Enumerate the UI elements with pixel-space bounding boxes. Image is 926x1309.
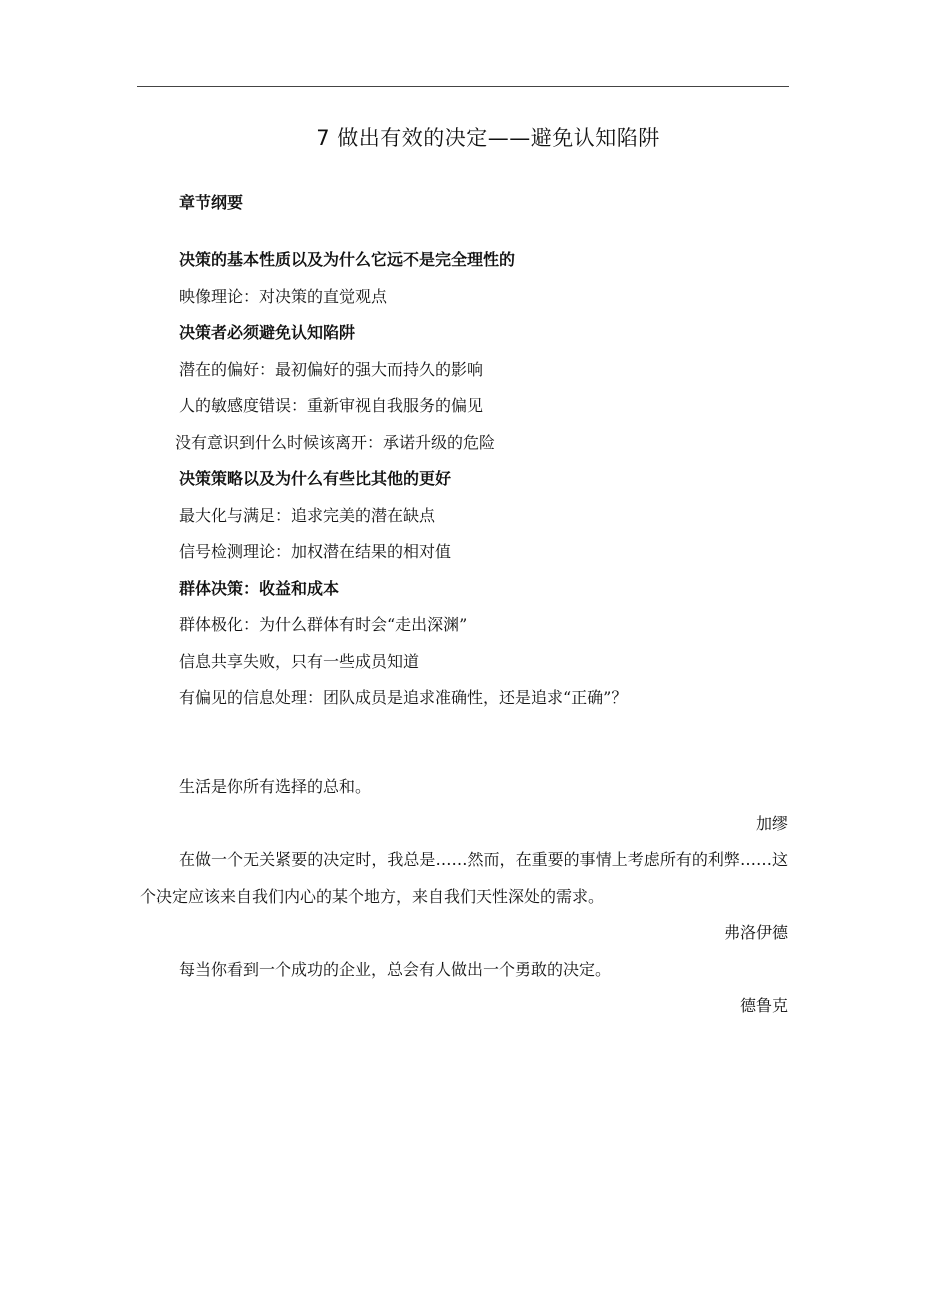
outline-item: 决策策略以及为什么有些比其他的更好 bbox=[179, 467, 627, 504]
chapter-title: 7 做出有效的决定——避免认知陷阱 bbox=[0, 122, 926, 152]
quote-author: 弗洛伊德 bbox=[140, 915, 788, 952]
outline-heading: 章节纲要 bbox=[179, 190, 243, 213]
outline-item: 潜在的偏好：最初偏好的强大而持久的影响 bbox=[179, 358, 627, 395]
outline-item: 决策者必须避免认知陷阱 bbox=[179, 321, 627, 358]
outline-item: 人的敏感度错误：重新审视自我服务的偏见 bbox=[179, 394, 627, 431]
quote-text: 在做一个无关紧要的决定时，我总是……然而，在重要的事情上考虑所有的利弊……这个决… bbox=[140, 842, 788, 915]
quote-author: 德鲁克 bbox=[140, 988, 788, 1025]
outline-item: 信息共享失败，只有一些成员知道 bbox=[179, 650, 627, 687]
quote-text: 每当你看到一个成功的企业，总会有人做出一个勇敢的决定。 bbox=[140, 952, 788, 989]
quote-author: 加缪 bbox=[140, 806, 788, 843]
outline-item: 信号检测理论：加权潜在结果的相对值 bbox=[179, 540, 627, 577]
outline-item: 有偏见的信息处理：团队成员是追求准确性，还是追求“正确”？ bbox=[179, 686, 627, 723]
outline-item: 没有意识到什么时候该离开：承诺升级的危险 bbox=[175, 431, 627, 468]
outline-item: 群体决策：收益和成本 bbox=[179, 577, 627, 614]
chapter-outline: 决策的基本性质以及为什么它远不是完全理性的 映像理论：对决策的直觉观点 决策者必… bbox=[179, 248, 627, 723]
quote-text: 生活是你所有选择的总和。 bbox=[140, 769, 788, 806]
outline-item: 最大化与满足：追求完美的潜在缺点 bbox=[179, 504, 627, 541]
header-rule bbox=[137, 86, 789, 87]
outline-item: 决策的基本性质以及为什么它远不是完全理性的 bbox=[179, 248, 627, 285]
epigraph-quotes: 生活是你所有选择的总和。 加缪 在做一个无关紧要的决定时，我总是……然而，在重要… bbox=[140, 769, 788, 1025]
outline-item: 群体极化：为什么群体有时会“走出深渊” bbox=[179, 613, 627, 650]
outline-item: 映像理论：对决策的直觉观点 bbox=[179, 285, 627, 322]
